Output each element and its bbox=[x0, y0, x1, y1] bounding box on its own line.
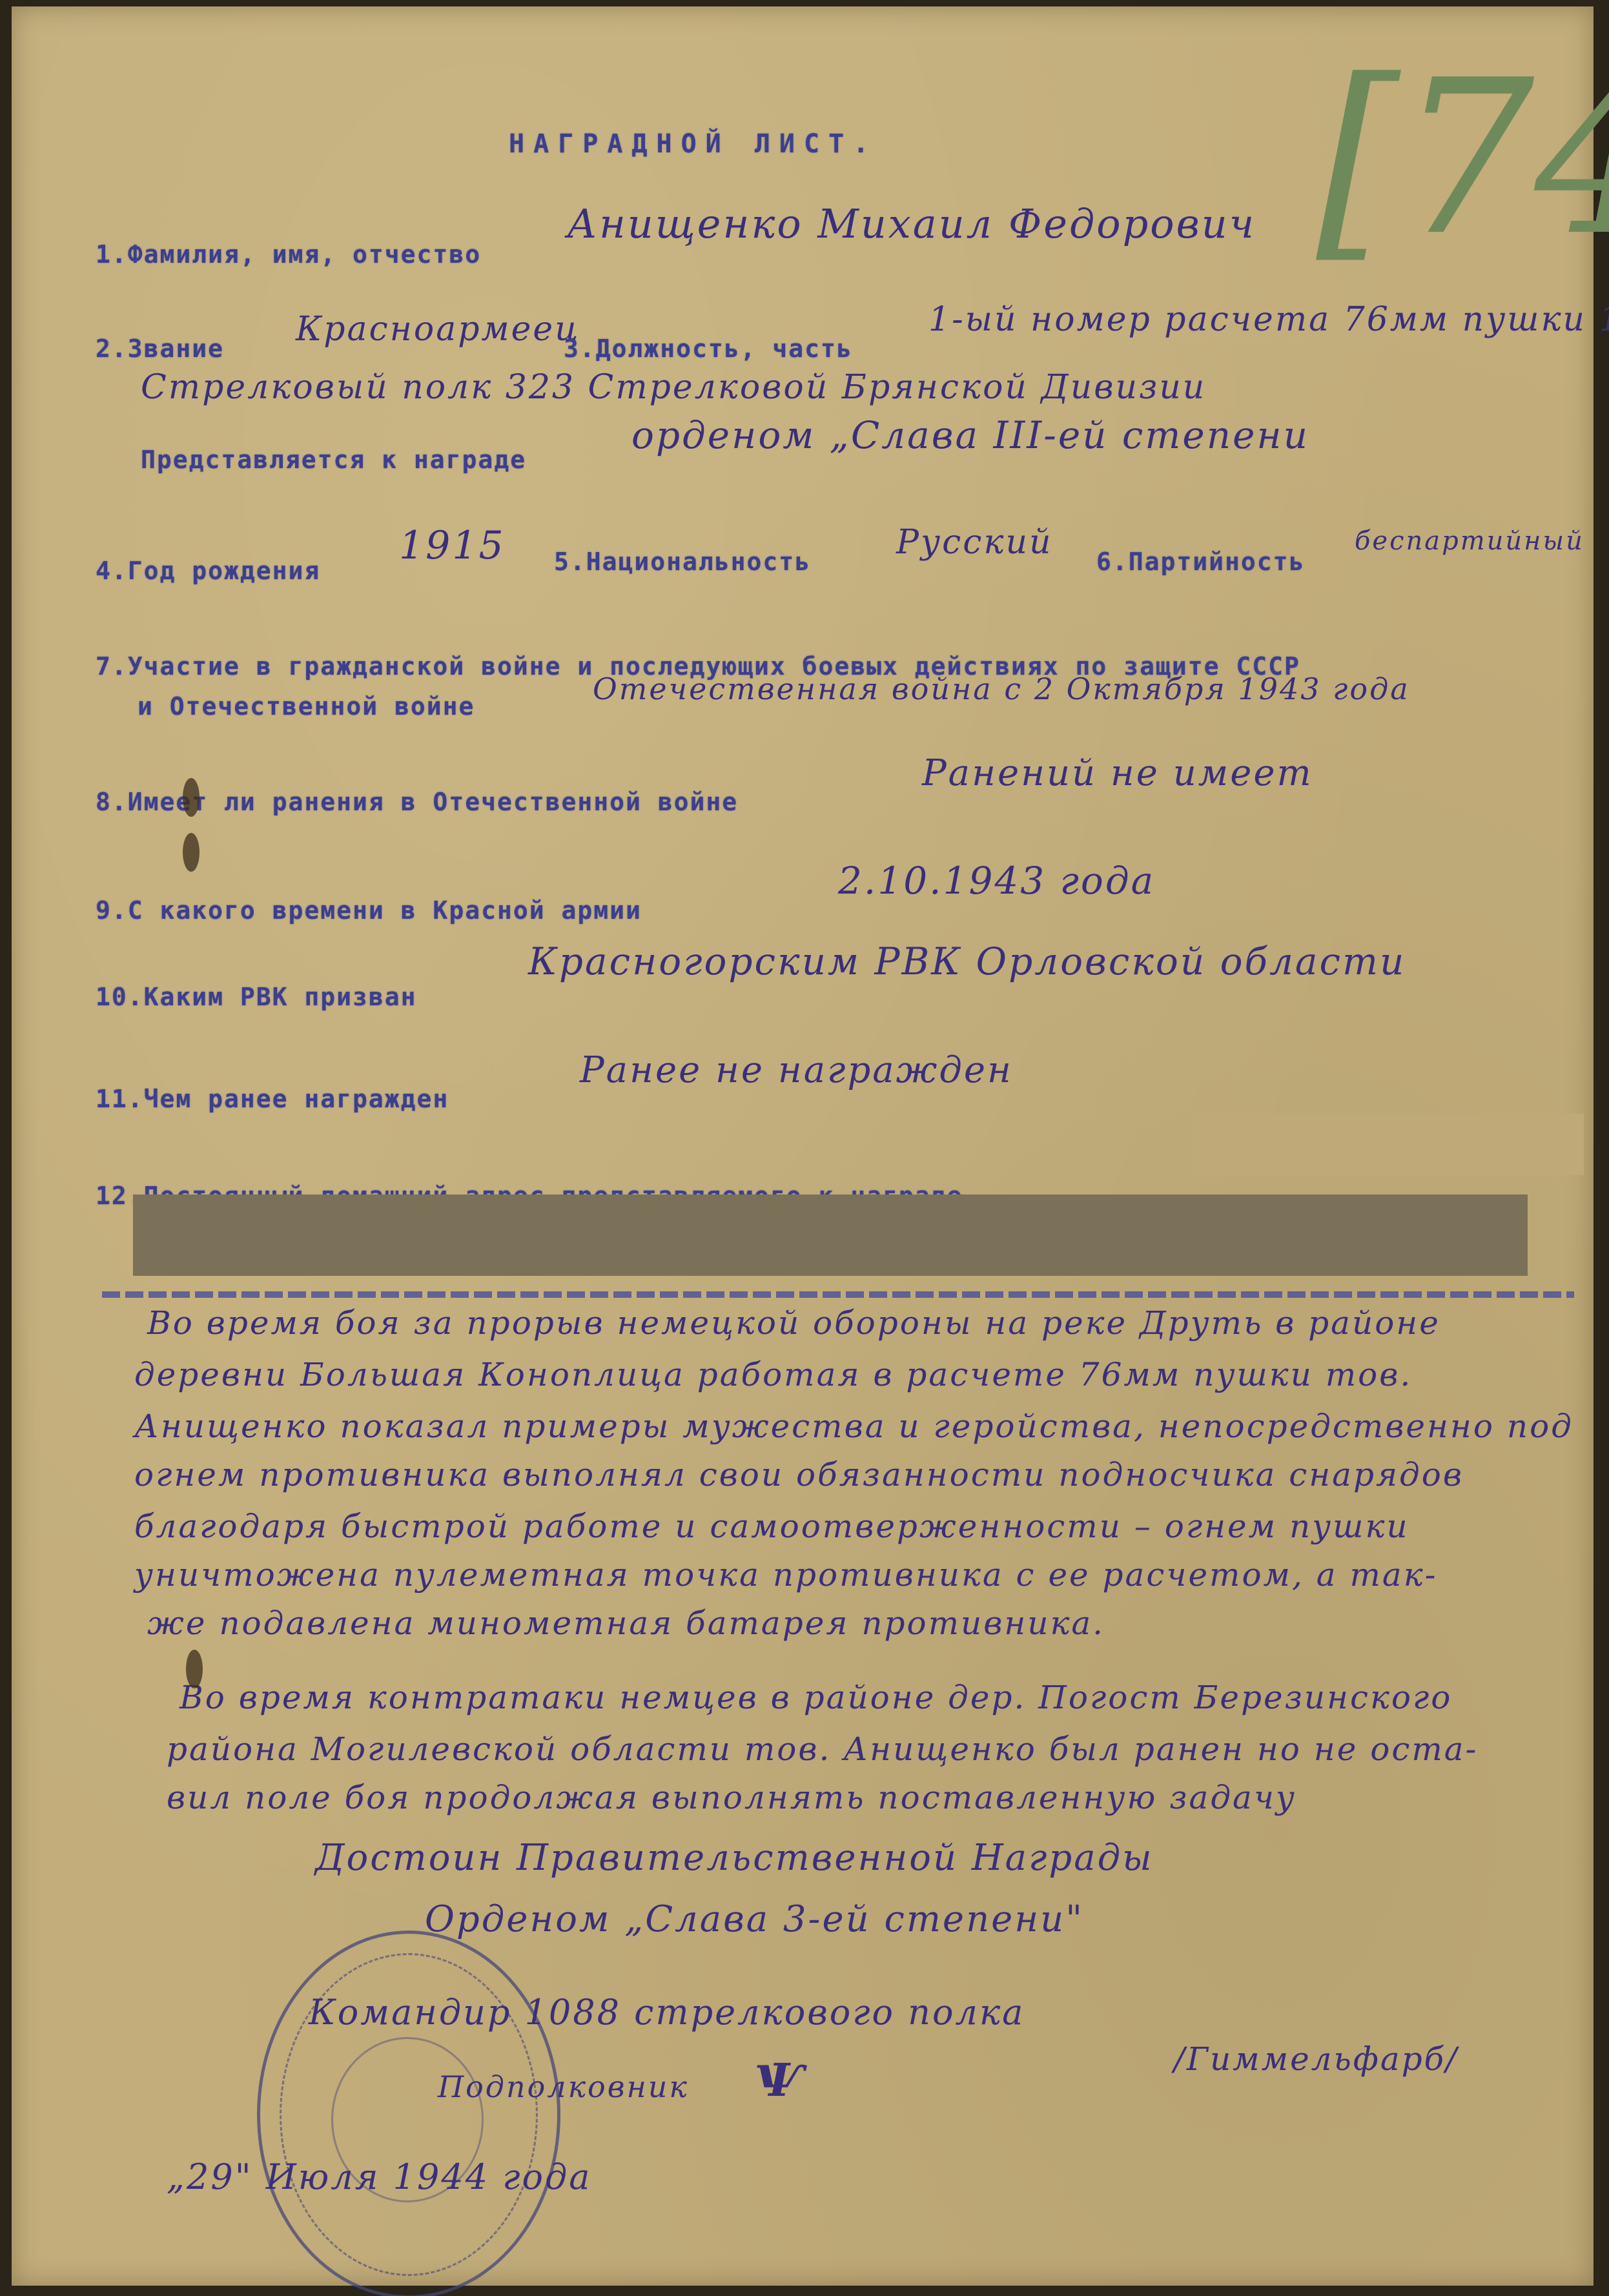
punch-hole bbox=[186, 1650, 203, 1688]
field-3-value-cont: Стрелковый полк 323 Стрелковой Брянской … bbox=[141, 368, 1206, 407]
punch-hole bbox=[183, 833, 200, 872]
conclusion-worthy: Достоин Правительственной Награды bbox=[315, 1837, 1154, 1879]
field-5-label: 5.Национальность bbox=[554, 548, 811, 576]
field-10-value: Красногорским РВК Орловской области bbox=[528, 939, 1406, 983]
field-6-label: 6.Партийность bbox=[1096, 548, 1305, 576]
field-5-value: Русский bbox=[896, 523, 1052, 562]
regiment-seal-stamp bbox=[257, 1931, 560, 2296]
field-11-label: 11.Чем ранее награжден bbox=[96, 1085, 449, 1113]
narrative-line: уничтожена пулеметная точка противника с… bbox=[134, 1556, 1437, 1594]
narrative-line: Во время контратаки немцев в районе дер.… bbox=[179, 1679, 1452, 1716]
field-2-label: 2.Звание bbox=[96, 334, 224, 363]
field-1-value: Анищенко Михаил Федорович bbox=[567, 200, 1256, 247]
narrative-line: огнем противника выполнял свои обязаннос… bbox=[134, 1456, 1464, 1493]
pencil-archive-mark: [74 bbox=[1316, 52, 1609, 265]
narrative-line: Во время боя за прорыв немецкой обороны … bbox=[147, 1304, 1440, 1342]
redacted-address-block bbox=[133, 1194, 1528, 1276]
signatory-name: /Гиммельфарб/ bbox=[1174, 2040, 1459, 2078]
narrative-line: Анищенко показал примеры мужества и геро… bbox=[134, 1408, 1573, 1445]
award-value: орденом „Слава III-ей степени bbox=[631, 413, 1309, 457]
field-2-value: Красноармеец bbox=[296, 310, 580, 349]
document-title: НАГРАДНОЙ ЛИСТ. bbox=[509, 129, 877, 159]
field-11-value: Ранее не награжден bbox=[580, 1049, 1013, 1091]
narrative-line: района Могилевской области тов. Анищенко… bbox=[167, 1730, 1478, 1768]
field-4-label: 4.Год рождения bbox=[96, 557, 320, 585]
document-date: „29" Июля 1944 года bbox=[167, 2157, 591, 2197]
signatory-rank: Подполковник bbox=[438, 2069, 689, 2104]
punch-hole bbox=[183, 778, 200, 817]
field-3-value: 1-ый номер расчета 76мм пушки 1088 bbox=[928, 300, 1609, 339]
field-7-label-cont: и Отечественной войне bbox=[138, 692, 475, 721]
signatory-title: Командир 1088 стрелкового полка bbox=[309, 1992, 1025, 2033]
narrative-line: же подавлена минометная батарея противни… bbox=[147, 1604, 1105, 1642]
field-3-label: 3.Должность, часть bbox=[564, 334, 853, 363]
redacted-address-top bbox=[1193, 1114, 1584, 1175]
award-sheet: [74 НАГРАДНОЙ ЛИСТ. 1.Фамилия, имя, отче… bbox=[12, 6, 1594, 2286]
field-6-value: беспартийный bbox=[1355, 526, 1584, 556]
field-8-value: Ранений не имеет bbox=[922, 752, 1313, 794]
narrative-line: деревни Большая Коноплица работая в расч… bbox=[134, 1356, 1412, 1393]
narrative-line: вил поле боя продолжая выполнять поставл… bbox=[167, 1779, 1296, 1816]
field-1-label: 1.Фамилия, имя, отчество bbox=[96, 240, 481, 269]
field-9-label: 9.С какого времени в Красной армии bbox=[96, 896, 642, 925]
conclusion-award: Орденом „Слава 3-ей степени" bbox=[425, 1898, 1084, 1940]
narrative-line: благодаря быстрой работе и самоотверженн… bbox=[134, 1508, 1409, 1545]
field-9-value: 2.10.1943 года bbox=[838, 859, 1155, 903]
field-7-value: Отечественная война с 2 Октября 1943 год… bbox=[593, 671, 1410, 706]
section-divider bbox=[102, 1291, 1574, 1298]
field-10-label: 10.Каким РВК призван bbox=[96, 983, 417, 1011]
signature-scrawl: Ѱ bbox=[754, 2053, 806, 2107]
field-4-value: 1915 bbox=[399, 523, 506, 568]
award-label: Представляется к награде bbox=[141, 446, 526, 474]
